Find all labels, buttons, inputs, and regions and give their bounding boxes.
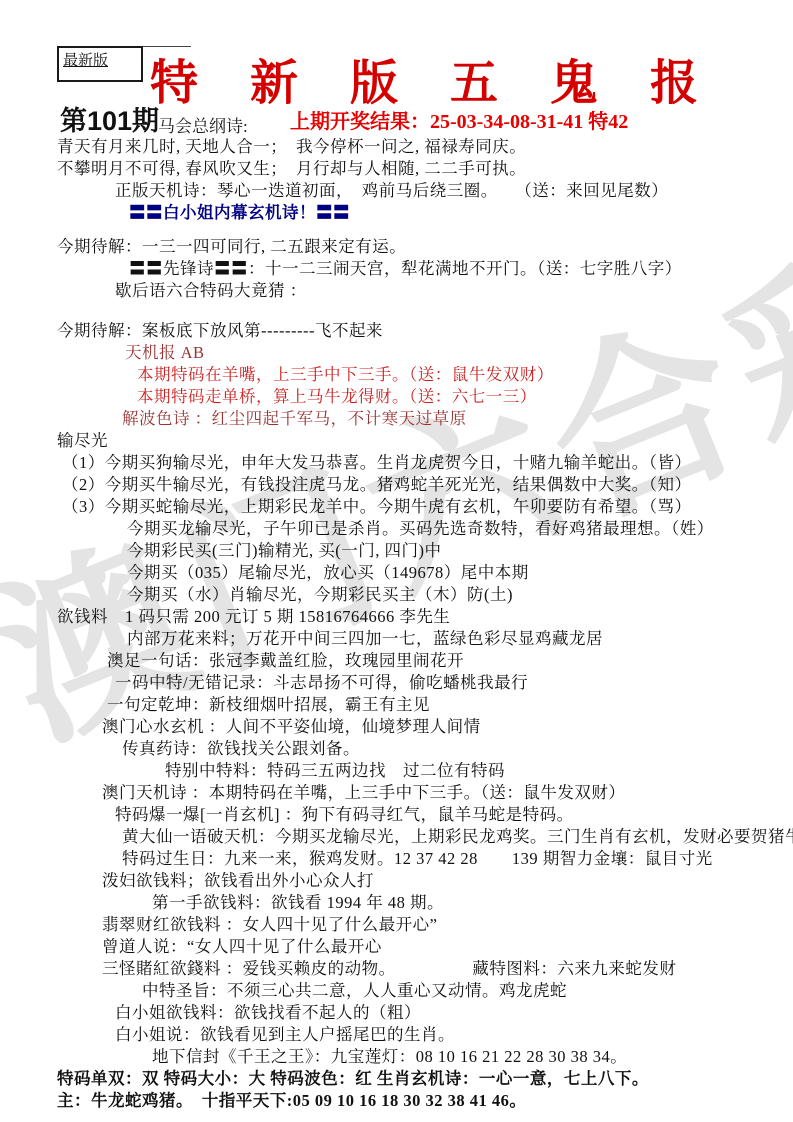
edition-badge: 最新版 [57, 46, 143, 82]
text-line: 特码爆一爆[一肖玄机] ：狗下有码寻红气，鼠羊马蛇是特码。 [115, 804, 793, 826]
text-line: 本期特码在羊嘴，上三手中下三手。（送：鼠牛发双财） [137, 364, 793, 386]
text-line: 澳门心水玄机 ：人间不平姿仙境，仙境梦理人间情 [102, 716, 793, 738]
text-line: 白小姐欲钱料：欲钱找看不起人的（粗） [115, 1002, 793, 1024]
text-line: 内部万花来料；万花开中间三四加一七，蓝绿色彩尽显鸡藏龙居 [127, 628, 793, 650]
text-line: 中特圣旨：不须三心共二意，人人重心又动情。鸡龙虎蛇 [142, 980, 793, 1002]
text-line: 特码过生日：九来一来，猴鸡发财。12 37 42 28 139 期智力金壤：鼠目… [122, 848, 793, 870]
text-line: 翡翠财红欲钱料 ：女人四十见了什么最开心” [102, 914, 793, 936]
content-lines: 青天有月来几时, 天地人合一； 我今停杯一问之, 福禄寿同庆。不攀明月不可得, … [0, 136, 793, 1112]
text-line: （1）今期买狗输尽光，申年大发马恭喜。生肖龙虎贺今日，十赌九输羊蛇出。（皆） [62, 452, 793, 474]
text-line: 〓〓先锋诗〓〓：十一二三闹天宫，犁花满地不开门。（送：七字胜八字） [129, 258, 793, 280]
text-line: 澳足一句话：张冠李戴盖红脸，玫瑰园里闹花开 [107, 650, 793, 672]
text-line: 正版天机诗：琴心一迭道初面， 鸡前马后绕三圈。 （送：来回见尾数） [115, 180, 793, 202]
text-line: 本期特码走单桥，算上马牛龙得财。（送：六七一三） [137, 386, 793, 408]
text-line: 一句定乾坤：新枝细烟叶招展，霸王有主见 [107, 694, 793, 716]
page-title: 特 新 版 五 鬼 报 [150, 44, 718, 113]
last-draw-result: 上期开奖结果：25-03-34-08-31-41 特42 [290, 105, 628, 134]
text-line: 今期买（水）肖输尽光，今期彩民买主（木）防(土) [127, 584, 793, 606]
text-line: 青天有月来几时, 天地人合一； 我今停杯一问之, 福禄寿同庆。 [57, 136, 793, 158]
text-line: （2）今期买牛输尽光，有钱投注虎马龙。猪鸡蛇羊死光光，结果偶数中大奖。（知） [62, 474, 793, 496]
text-line: 特别中特料：特码三五两边找 过二位有特码 [165, 760, 793, 782]
text-line: 白小姐说：欲钱看见到主人户摇尾巴的生肖。 [115, 1024, 793, 1046]
text-line: 今期待解：案板底下放风第---------飞不起来 [57, 320, 793, 342]
text-line: 特码单双：双 特码大小：大 特码波色：红 生肖玄机诗：一心一意，七上八下。 [57, 1068, 793, 1090]
text-line: 澳门天机诗 ：本期特码在羊嘴，上三手中下三手。（送：鼠牛发双财） [102, 782, 793, 804]
text-line: 一码中特/无错记录：斗志昂扬不可得，偷吃蟠桃我最行 [115, 672, 793, 694]
text-line: 地下信封《千王之王》：九宝莲灯：08 10 16 21 22 28 30 38 … [152, 1046, 793, 1068]
text-line: （3）今期买蛇输尽光，上期彩民龙羊中。今期牛虎有玄机，午卯要防有希望。（骂） [62, 496, 793, 518]
text-line: 解波色诗 ：红尘四起千军马，不计寒天过草原 [122, 408, 793, 430]
text-line: 天机报 AB [125, 342, 793, 364]
text-line: 第一手欲钱料：欲钱看 1994 年 48 期。 [152, 892, 793, 914]
text-line: 黄大仙一语破天机：今期买龙输尽光，上期彩民龙鸡奖。三门生肖有玄机，发财必要贺猪牛 [122, 826, 793, 848]
issue-number: 第101期 [60, 99, 159, 138]
text-line: 传真药诗：欲钱找关公跟刘备。 [122, 738, 793, 760]
text-line: 主：牛龙蛇鸡猪。 十指平天下:05 09 10 16 18 30 32 38 4… [57, 1090, 793, 1112]
wuguibao-sheet: 澳门六合彩 最新版 特 新 版 五 鬼 报 第101期 马会总纲诗: 上期开奖结… [0, 0, 793, 1122]
text-line: 歇后语六合特码大竟猜 ： [115, 280, 793, 302]
text-line: 今期买龙输尽光，子午卯已是杀肖。买码先选奇数特，看好鸡猪最理想。（姓） [127, 518, 793, 540]
text-line: 输尽光 [57, 430, 793, 452]
guide-poem-label: 马会总纲诗: [158, 112, 248, 137]
text-line: 曾道人说：“女人四十见了什么最开心 [102, 936, 793, 958]
text-line: 〓〓白小姐内幕玄机诗！〓〓 [129, 202, 793, 224]
text-line: 不攀明月不可得, 春风吹又生； 月行却与人相随, 二二手可执。 [57, 158, 793, 180]
text-line: 今期买（035）尾输尽光，放心买（149678）尾中本期 [127, 562, 793, 584]
text-line: 欲钱料 1 码只需 200 元订 5 期 15816764666 李先生 [57, 606, 793, 628]
text-line: 今期彩民买(三门)输精光, 买(一门, 四门)中 [127, 540, 793, 562]
edition-badge-label: 最新版 [63, 53, 108, 69]
text-line: 泼妇欲钱料；欲钱看出外小心众人打 [102, 870, 793, 892]
text-line: 今期待解：一三一四可同行, 二五跟来定有运。 [57, 236, 793, 258]
text-line: 三怪賭紅欲錢料 ：爱钱买赖皮的动物。 藏特图料：六来九来蛇发财 [102, 958, 793, 980]
